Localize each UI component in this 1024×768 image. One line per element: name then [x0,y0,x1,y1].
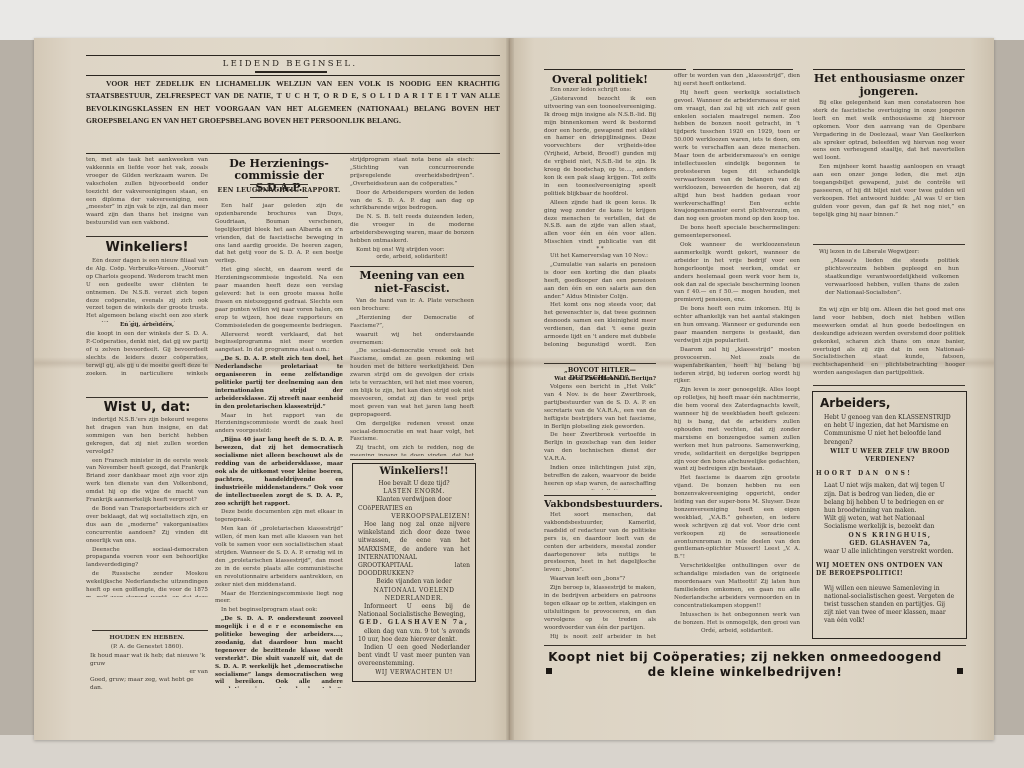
article-paragraph: Indien onze inlichtingen juist zijn, bet… [544,465,656,490]
footer-line-2: de kleine winkelbedrijven! [520,665,970,680]
article-paragraph: Zijn leven is zeer genoegelijk. Alles lo… [674,387,800,474]
section-rule [86,397,208,398]
article-paragraph: De N. S. B. telt reeds duizenden leden, … [350,214,474,246]
liberale-intro: Wij lezen in de Liberale Wegwijzer: [813,249,965,258]
vakscholen-article: ten, met als taak het aankweeken van vak… [86,157,208,233]
section-rule [544,363,656,364]
article-paragraph: Verschrikkelijke onthullingen over de sc… [674,563,800,610]
advert-spaced: HOORT DAN ONS! [816,470,956,478]
article-paragraph: Deze beide documenten zijn met elkaar in… [215,509,343,525]
article-paragraph: Komt bij ons! Wij strijden voor: [350,247,474,253]
advert-caps: WIJ MOETEN ONS ONTDOEN VAN DE BEROEPSPOL… [816,562,956,578]
article-paragraph: De bons heeft een ruim inkomen. Hij is e… [674,306,800,346]
article-text: ten, met als taak het aankweeken van vak… [86,157,208,228]
poem-author: (P. A. de Genestet 1860). [86,643,208,651]
section-rule [350,266,474,267]
article-paragraph: Uit het Kamerverslag van 10 Nov.: [544,253,656,261]
leader-title: LEIDEND BEGINSEL. [90,59,490,69]
motto: Orde, arbeid, solidariteit. [674,628,800,636]
kringhuis-label: ONS KRINGHUIS, [824,532,956,540]
article-paragraph: indertijd N.S.B.'ers zijn bekeurd wegens… [86,417,208,457]
leader-dash [255,71,327,73]
background-top [0,0,1024,40]
address: GED. GLASHAVEN 7a, [824,540,956,548]
section-rule [350,459,474,460]
arbeiders-article: die koopt in een der winkels der S. D. A… [86,331,208,375]
vakbondsbestuurders-heading: Vakbondsbestuurders. [544,499,658,510]
advert-caps: WILT U WEER ZELF UW BROOD VERDIENEN? [824,448,956,464]
advert-text: Wilt gij weten, wat het Nationaal Social… [824,515,956,531]
article-paragraph: Maar in het rapport van de Herzieningsco… [215,413,343,437]
article-paragraph: de Bond van Transportarbeiders zich er o… [86,506,208,546]
article-paragraph: Ook wanneer de werkloozensteun aanmerkel… [674,242,800,305]
poem-title: HOUDEN EN HEBBEN. [86,634,208,642]
article-paragraph: Daarom zal hij „klassestrijd” moeten pro… [674,347,800,387]
meening-article: Van de hand van ir. A. Plate verscheen e… [350,298,474,456]
section-rule [813,244,965,245]
article-paragraph: Men kan óf „proletarischen klassestrijd”… [215,526,343,589]
leader-bottom-rule [86,153,500,154]
enthousiasme-heading: Het enthousiasme onzer jongeren. [813,73,965,98]
motto: orde, arbeid, solidariteit! [350,254,474,262]
article-paragraph: Hij heeft geen werkelijk socialistisch g… [674,90,800,224]
article-paragraph: Hij is nooit zelf arbeider in het betrok… [544,634,656,640]
footer-rule [544,645,966,646]
article-text: Wij lezen in de Liberale Wegwijzer: [813,249,965,257]
winkeliers-advert-body: Hoe bevalt U deze tijd?LASTEN ENORM.Klan… [358,480,470,677]
advert-line: Indien U een goed Nederlander bent vindt… [358,644,470,669]
article-paragraph: „Gisteravond bezocht ik een uitvoering v… [544,96,656,199]
article-paragraph: „De sociaal-democratie vreest ook het Fa… [350,348,474,419]
article-paragraph: Zij tracht, om zich te redden, nog de me… [350,445,474,456]
page-gutter [506,38,514,740]
section-rule [86,236,208,237]
heading-dash [250,184,308,185]
article-text: die koopt in een der winkels der S. D. A… [86,331,208,375]
article-paragraph: „Cumulatie van salaris en pensioen is do… [544,262,656,302]
leader-top-rule [86,55,500,56]
kamerverslag-article: Uit het Kamerverslag van 10 Nov.:„Cumula… [544,253,656,350]
overal-politiek-article: Een onzer leden schrijft ons:„Gisteravon… [544,87,656,247]
top-rule-left [86,75,500,76]
enthousiasme-article: Bij elke gelegenheid kan men constateere… [813,100,965,240]
leugenachtig-rapport-subheading: EEN LEUGENACHTIG RAPPORT. [215,187,343,194]
top-rule-right [813,69,965,70]
arbeiders-advert-body: Hebt U genoeg van den KLASSENSTRIJD en h… [824,414,956,626]
poem-line: er van [90,668,208,676]
advert-text: Hebt U genoeg van den KLASSENSTRIJD en h… [824,414,956,447]
article-paragraph: „De S. D. A. P. ondersteunt zooveel moge… [215,616,343,688]
heading-dash [250,197,308,198]
poem-line: Ik houd maar wat ik heb; dat nieuwe 'k g… [90,652,208,668]
article-paragraph: Het komt ons nog steeds voor, dat het ge… [544,302,656,350]
article-paragraph: Volgens een bericht in „Het Volk” van 4 … [544,384,656,431]
article-paragraph: Deensche sociaal-democraten propaganda v… [86,547,208,571]
boycot-subheading: Wat deed Zwertbroek in Berlijn? [544,376,656,384]
article-paragraph: In het beginselprogram staat ook: [215,607,343,615]
wist-u-dat-heading: Wist U, dat: [86,400,208,415]
square-bullet-icon [957,668,963,674]
article-paragraph: De bons heeft speciale beschermelingen: … [674,225,800,241]
liberale-quote: „Massa's lieden die steeds politiek plic… [825,258,959,306]
article-paragraph: Bij elke gelegenheid kan men constateere… [813,100,965,163]
advert-line: VERKOOPSPALEIZEN! [358,513,470,521]
article-paragraph: de Russische zender Moskou wekelijksche … [86,571,208,597]
advert-line: GED. GLASHAVEN 7a, [358,619,470,627]
article-paragraph: offer te worden van den „klassestrijd”, … [674,73,800,89]
article-paragraph: Allereerst wordt verklaard, dat het begi… [215,332,343,356]
leader-text: VOOR HET ZEDELIJK EN LICHAMELIJK WELZIJN… [86,78,500,128]
article-paragraph: Maar de Herzieningscommissie liegt nog m… [215,591,343,607]
liberale-response: En wij zijn er blij om. Alleen die het g… [813,307,965,379]
herzieningscommissie-article: Een half jaar geleden zijn de opzienbare… [215,203,343,688]
article-text: „Massa's lieden die steeds politiek plic… [825,258,959,298]
article-paragraph: waaruit wij het onderstaande overnemen: [350,332,474,348]
poem-lines: Ik houd maar wat ik heb; dat nieuwe 'k g… [90,652,208,692]
vakbondsbestuurders-article: Het soort menschen, dat vakbondsbestuurd… [544,512,656,640]
article-paragraph: Waarvan leeft een „bons”? [544,576,656,584]
winkeliers-heading: Winkeliers! [86,240,208,255]
article-paragraph: Intusschen is het onbegonnen werk van de… [674,612,800,628]
article-text: Eén dezer dagen is een nieuw filiaal van… [86,258,208,322]
footer-line-1: Koopt niet bij Coöperaties; zij nekken o… [520,650,970,665]
article-paragraph: Om dergelijke redenen vreest onze sociaa… [350,421,474,445]
wist-u-dat-list: indertijd N.S.B.'ers zijn bekeurd wegens… [86,417,208,597]
top-rule-right [693,69,793,70]
article-paragraph: Van de hand van ir. A. Plate verscheen e… [350,298,474,314]
advert-text: Wij willen een nieuwe Samenleving in nat… [824,585,956,626]
section-rule [813,385,965,386]
arbeiders-subheading: En gij, arbeiders, [86,322,208,330]
article-paragraph: Alleen zijnde had ik geen keus. Ik ging … [544,200,656,247]
square-bullet-icon [546,668,552,674]
strijdprogram-article: strijdprogram staat nota bene als eisch:… [350,157,474,253]
article-paragraph: De heer Zwertbroek vertoefde in Berlijn … [544,432,656,464]
article-paragraph: strijdprogram staat nota bene als eisch:… [350,157,474,189]
advert-text: Laat U niet wijs maken, dat wij tegen U … [824,482,956,515]
boycot-article: Volgens een bericht in „Het Volk” van 4 … [544,384,656,490]
article-paragraph: Het fascisme is daarom zijn grootste vij… [674,475,800,562]
article-paragraph: Het ging slecht, en daarom werd de Herzi… [215,267,343,330]
article-paragraph: een Fransch minister in de eerste week v… [86,458,208,505]
arbeiders-advert-heading: Arbeiders, [820,396,960,410]
bons-article-continued: offer te worden van den „klassestrijd”, … [674,73,800,628]
article-paragraph: Het soort menschen, dat vakbondsbestuurd… [544,512,656,575]
winkeliers-article: Eén dezer dagen is een nieuw filiaal van… [86,258,208,322]
article-paragraph: Een mijnheer komt haastig aanloopen en v… [813,164,965,219]
advert-line: elken dag van v.m. 9 tot 's avonds 10 uu… [358,628,470,644]
article-text: En wij zijn er blij om. Alleen die het g… [813,307,965,378]
article-paragraph: „Herziening der Democratie of Fascisme?”… [350,315,474,331]
advert-line: Beide vijanden van ieder [358,578,470,586]
overal-politiek-heading: Overal politiek! [544,73,656,86]
section-rule [544,495,656,496]
article-paragraph: „De S. D. A. P. stelt zich ten doel, het… [215,356,343,411]
advert-text: waar U alle inlichtingen verstrekt worde… [824,548,956,556]
top-rule-right [544,69,686,70]
footer-slogan: Koopt niet bij Coöperaties; zij nekken o… [520,650,970,680]
advert-line: Informeert U eens bij de Nationaal Socia… [358,603,470,619]
advert-line: NEDERLANDER. [358,595,470,603]
advert-line: Hoe bevalt U deze tijd? [358,480,470,488]
meening-heading: Meening van een niet-Fascist. [350,270,474,295]
section-rule [92,630,208,631]
poem-line: Goed, gruw; maar zeg, wat hebt ge dan. [90,676,208,692]
advert-line: COöPERATIES en [358,505,470,513]
advert-line: WIJ VERWACHTEN U! [358,669,470,677]
article-paragraph: Een half jaar geleden zijn de opzienbare… [215,203,343,266]
advert-line: Hoe lang nog zal onze nijvere winkelstan… [358,521,470,578]
article-paragraph: Door de Arbeiderspers worden de leden va… [350,190,474,214]
advert-line: Klanten verdwijnen door [358,496,470,504]
article-paragraph: Zijn beroep is, klassestrijd te maken, i… [544,585,656,632]
article-paragraph: „Bijna 40 jaar lang heeft de S. D. A. P.… [215,437,343,508]
winkeliers-advert-heading: Winkeliers!! [352,466,476,477]
advert-line: LASTEN ENORM. [358,488,470,496]
article-paragraph: Een onzer leden schrijft ons: [544,87,656,95]
advert-line: NATIONAAL VOELEND [358,587,470,595]
